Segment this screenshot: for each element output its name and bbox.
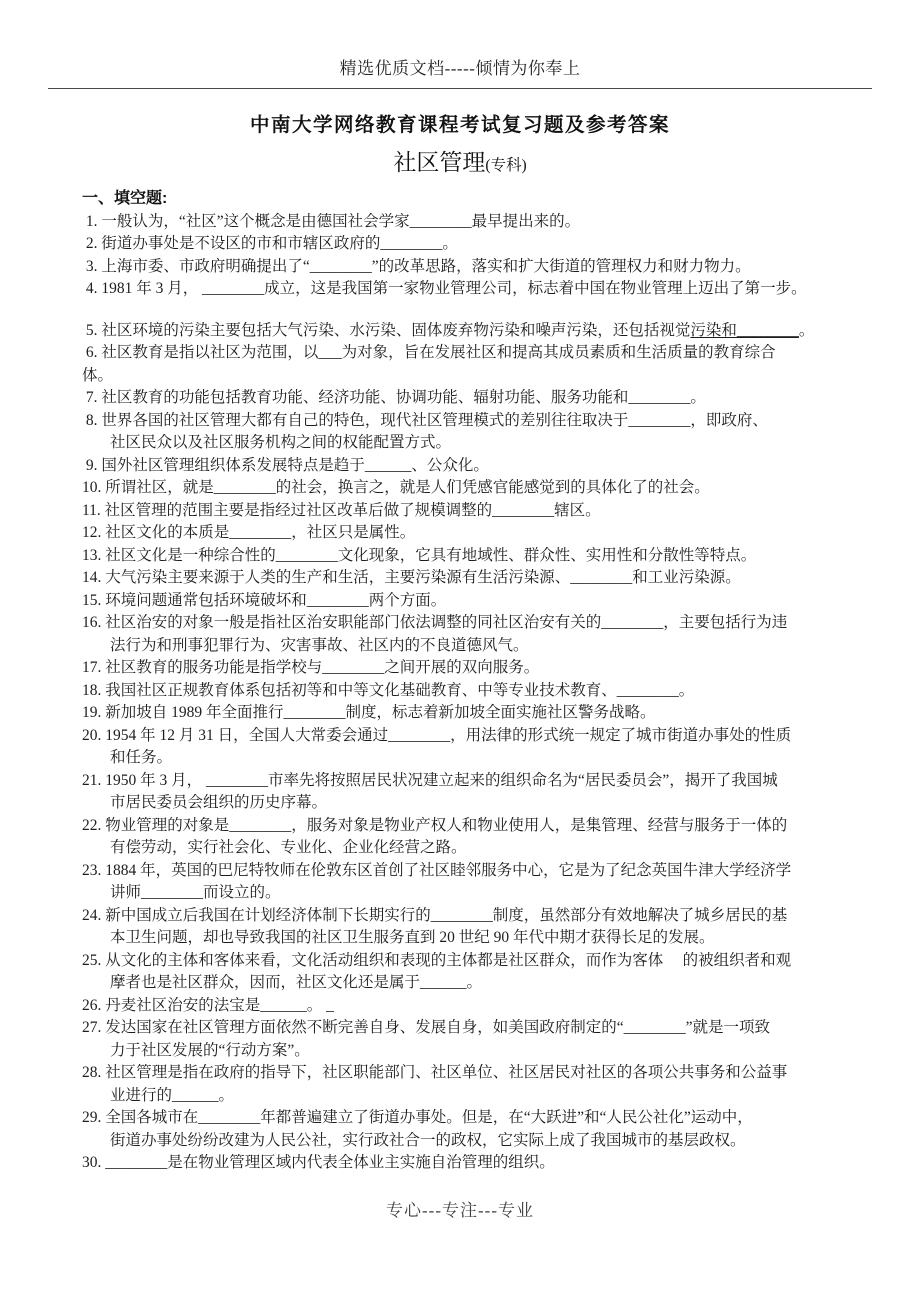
- question-29: 29. 全国各城市在________年都普遍建立了街道办事处。但是，在“大跃进”…: [82, 1107, 842, 1152]
- question-10: 10. 所谓社区，就是________的社会，换言之，就是人们凭感官能感觉到的具…: [82, 477, 842, 500]
- blank-line-spacer: [82, 301, 842, 320]
- question-17: 17. 社区教育的服务功能是指学校与________之间开展的双向服务。: [82, 657, 842, 680]
- question-26: 26. 丹麦社区治安的法宝是______。 _: [82, 995, 842, 1018]
- question-14: 14. 大气污染主要来源于人类的生产和生活，主要污染源有生活污染源、______…: [82, 567, 842, 590]
- question-21: 21. 1950 年 3 月， ________市率先将按照居民状况建立起来的组…: [82, 770, 842, 815]
- question-2: 2. 街道办事处是不设区的市和市辖区政府的________。: [82, 233, 842, 256]
- doc-subtitle: 社区管理(专科): [0, 144, 920, 177]
- question-20: 20. 1954 年 12 月 31 日，全国人大常委会通过________，用…: [82, 725, 842, 770]
- question-3: 3. 上海市委、市政府明确提出了“________”的改革思路，落实和扩大街道的…: [82, 256, 842, 279]
- subtitle-degree-level: (专科): [485, 157, 526, 174]
- question-list: 1. 一般认为，“社区”这个概念是由德国社会学家________最早提出来的。 …: [82, 211, 842, 1175]
- question-28: 28. 社区管理是指在政府的指导下，社区职能部门、社区单位、社区居民对社区的各项…: [82, 1062, 842, 1107]
- question-6: 6. 社区教育是指以社区为范围，以___为对象，旨在发展社区和提高其成员素质和生…: [82, 342, 842, 387]
- question-12: 12. 社区文化的本质是________，社区只是属性。: [82, 522, 842, 545]
- question-25: 25. 从文化的主体和客体来看，文化活动组织和表现的主体都是社区群众，而作为客体…: [82, 950, 842, 995]
- question-19: 19. 新加坡自 1989 年全面推行________制度，标志着新加坡全面实施…: [82, 702, 842, 725]
- question-9: 9. 国外社区管理组织体系发展特点是趋于______、公众化。: [82, 455, 842, 478]
- section-heading-fill-in-blanks: 一、填空题:: [82, 188, 842, 211]
- question-30: 30. ________是在物业管理区域内代表全体业主实施自治管理的组织。: [82, 1152, 842, 1175]
- question-16: 16. 社区治安的对象一般是指社区治安职能部门依法调整的同社区治安有关的____…: [82, 612, 842, 657]
- underlined-blank: 污染和________: [690, 322, 799, 339]
- document-body: 一、填空题: 1. 一般认为，“社区”这个概念是由德国社会学家________最…: [82, 188, 842, 1175]
- question-27: 27. 发达国家在社区管理方面依然不断完善自身、发展自身，如美国政府制定的“__…: [82, 1017, 842, 1062]
- question-5: 5. 社区环境的污染主要包括大气污染、水污染、固体废弃物污染和噪声污染，还包括视…: [82, 320, 842, 343]
- question-8: 8. 世界各国的社区管理大都有自己的特色，现代社区管理模式的差别往往取决于___…: [82, 410, 842, 455]
- page-title: 中南大学网络教育课程考试复习题及参考答案: [0, 109, 920, 137]
- question-23: 23. 1884 年，英国的巴尼特牧师在伦敦东区首创了社区睦邻服务中心，它是为了…: [82, 860, 842, 905]
- question-7: 7. 社区教育的功能包括教育功能、经济功能、协调功能、辐射功能、服务功能和___…: [82, 387, 842, 410]
- header-note: 精选优质文档-----倾情为你奉上: [0, 0, 920, 79]
- question-22: 22. 物业管理的对象是________，服务对象是物业产权人和物业使用人，是集…: [82, 815, 842, 860]
- question-15: 15. 环境问题通常包括环境破坏和________两个方面。: [82, 590, 842, 613]
- question-11: 11. 社区管理的范围主要是指经过社区改革后做了规模调整的________辖区。: [82, 500, 842, 523]
- question-1: 1. 一般认为，“社区”这个概念是由德国社会学家________最早提出来的。: [82, 211, 842, 234]
- question-4: 4. 1981 年 3 月， ________成立，这是我国第一家物业管理公司，…: [82, 278, 842, 301]
- question-24: 24. 新中国成立后我国在计划经济体制下长期实行的________制度，虽然部分…: [82, 905, 842, 950]
- header-divider: [48, 88, 872, 89]
- question-13: 13. 社区文化是一种综合性的________文化现象，它具有地域性、群众性、实…: [82, 545, 842, 568]
- question-18: 18. 我国社区正规教育体系包括初等和中等文化基础教育、中等专业技术教育、___…: [82, 680, 842, 703]
- subtitle-course-name: 社区管理: [393, 150, 485, 175]
- footer-note: 专心---专注---专业: [0, 1196, 920, 1221]
